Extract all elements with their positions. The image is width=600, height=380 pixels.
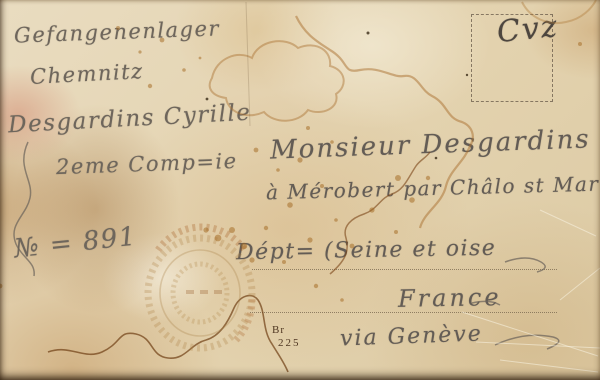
address-recipient-line: Monsieur Desgardins [270,124,592,165]
address-department-line: Dépt= (Seine et oise [236,236,497,266]
censor-mark: Cvz [495,9,560,50]
dark-meander-1 [48,296,288,372]
printer-mark-line2: 225 [278,337,301,350]
sender-camp-line: Gefangenenlager [14,16,221,47]
sender-name-line: Desgardins Cyrille [7,100,252,139]
sender-company-line: 2eme Comp=ie [56,149,238,179]
address-locality-line: à Mérobert par Châlo st Mar [266,172,600,205]
address-routing-line: via Genève [340,322,484,352]
address-rule-1 [252,269,557,270]
printer-mark-line1: Br [272,324,301,337]
postcard-back: Gefangenenlager Chemnitz Desgardins Cyri… [0,0,600,380]
address-country-line: France [398,283,502,313]
printer-mark: Br 225 [272,324,301,349]
sender-number-line: № = 891 [13,222,139,265]
sender-city-line: Chemnitz [29,59,144,89]
